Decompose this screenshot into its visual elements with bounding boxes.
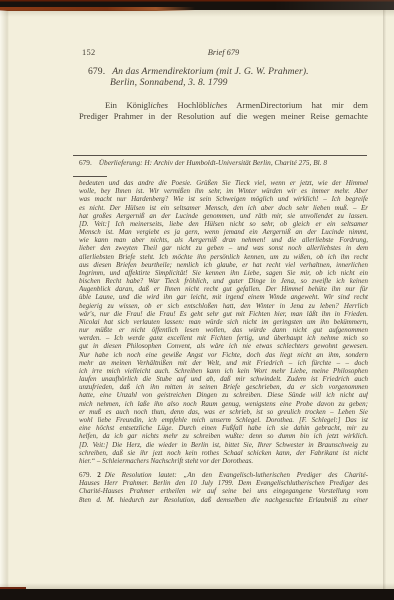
note-text: Die Resolution lautet: „An den Evangelis… bbox=[105, 471, 368, 479]
body-text-part: ArmenDirectorium hat mir dem bbox=[227, 100, 368, 110]
expanded-abbreviation: iches bbox=[210, 100, 228, 110]
continuation-line: werden. – Ich werde ganz excellent mit F… bbox=[79, 334, 368, 342]
continuation-line: hat großes Aergerniß an der Lucinde geno… bbox=[79, 212, 368, 220]
scan-top-border-shading bbox=[274, 0, 394, 10]
continuation-line: allerliebsten Briefe steht. Ich möchte i… bbox=[79, 253, 368, 261]
letter-body-line2: Prediger Prahmer in der Resolution auf d… bbox=[79, 111, 368, 122]
continuation-line: es nicht. Der Hülsen ist ein seltsamer M… bbox=[79, 204, 368, 212]
letter-title: An das Armendirektorium (mit J. G. W. Pr… bbox=[112, 66, 308, 77]
scan-bottom-border bbox=[0, 589, 394, 600]
continuation-line: Ingrimm, und affektirte Simplicität! Sie… bbox=[79, 269, 368, 277]
editorial-note: 679.2Die Resolution lautet: „An den Evan… bbox=[79, 471, 368, 504]
continuation-line: gut in diesen Philosophen Convent, als w… bbox=[79, 342, 368, 350]
continuation-line: bedeuten und das andre die Poesie. Grüße… bbox=[79, 179, 368, 187]
book-page-scan: 152 Brief 679 679.An das Armendirektoriu… bbox=[0, 0, 394, 600]
continuation-line: [D. Veit:] Ich meinerseits, liebe den Hü… bbox=[79, 220, 368, 228]
letter-dateline: Berlin, Sonnabend, 3. 8. 1799 bbox=[110, 77, 370, 88]
continuation-line: bischen Recht habe? War Tieck fröhlich, … bbox=[79, 277, 368, 285]
ueberlieferung-text: Überlieferung: H: Archiv der Humboldt-Un… bbox=[99, 158, 327, 167]
note-letter-number: 679. bbox=[79, 471, 91, 479]
apparatus-letter-number: 679. bbox=[79, 158, 92, 167]
continuation-line: Mensch ist. Man vergiebt es ja gern, wen… bbox=[79, 228, 368, 236]
continuation-line: wie kann man aber nichts, als Aergerniß … bbox=[79, 236, 368, 244]
page-right-crease bbox=[383, 10, 386, 589]
continuation-line: ich irre mich vielleicht auch. Schreiben… bbox=[79, 367, 368, 375]
continuation-line: laufen unaufhörlich die Stube auf und ab… bbox=[79, 375, 368, 383]
continuation-line: [D. Veit:] Die Herz, die wieder in Berli… bbox=[79, 441, 368, 449]
continuation-line: unzufrieden, daß ich ihn mitten in seine… bbox=[79, 383, 368, 391]
page-left-edge bbox=[0, 10, 9, 589]
letter-heading-line1: 679.An das Armendirektorium (mit J. G. W… bbox=[88, 66, 370, 77]
note-line: 8ten d. M. hiedurch zur Resolution, daß … bbox=[79, 496, 368, 504]
apparatus-rule bbox=[73, 155, 367, 156]
continuation-line: schreiben, daß sie ihr jezt noch kein ro… bbox=[79, 449, 368, 457]
page-number: 152 bbox=[82, 48, 95, 57]
body-text-part: Ein Königl bbox=[105, 100, 150, 110]
note-line: 679.2Die Resolution lautet: „An den Evan… bbox=[79, 471, 368, 479]
continuation-line: Nur habe ich noch eine gewiße Angst vor … bbox=[79, 351, 368, 359]
running-head: 152 Brief 679 bbox=[79, 48, 368, 57]
body-text-part: Hochlöbl bbox=[168, 100, 210, 110]
letter-heading: 679.An das Armendirektorium (mit J. G. W… bbox=[88, 66, 370, 89]
continuation-rule bbox=[73, 176, 107, 177]
continuation-line: hatte, eine Unzahl von geistreichen Ding… bbox=[79, 391, 368, 399]
ueberlieferung-line: 679.Überlieferung: H: Archiv der Humbold… bbox=[79, 159, 368, 168]
continuation-line: er muß es auch noch thun, denn das, was … bbox=[79, 408, 368, 416]
continuation-line: aus diesen Briefen beurtheile; nemlich i… bbox=[79, 261, 368, 269]
letter-number: 679. bbox=[88, 66, 105, 77]
note-line: Hauses Herr Prahmer. Berlin den 10 July … bbox=[79, 479, 368, 487]
continuation-line: hier.“ – Schleiermachers Nachschrift ste… bbox=[79, 457, 368, 465]
letter-continuation-block: bedeuten und das andre die Poesie. Grüße… bbox=[79, 179, 368, 465]
continuation-line: eine höchst entsetzliche Lüge. Durch ein… bbox=[79, 424, 368, 432]
continuation-line: üble Laune, und die wird ihn gar leicht,… bbox=[79, 293, 368, 301]
page-top-shadow bbox=[0, 10, 394, 17]
note-line: Charité-Hauses Prahmer ertheilen wir auf… bbox=[79, 487, 368, 495]
continuation-line: lieber den zweyten Theil gar nicht zu ge… bbox=[79, 244, 368, 252]
continuation-line: nur müßte er nicht öffentlich lesen woll… bbox=[79, 326, 368, 334]
continuation-line: Nicolai hat sich verlauten lassen: man w… bbox=[79, 318, 368, 326]
expanded-abbreviation: iches bbox=[150, 100, 168, 110]
continuation-line: mich nehmen, ich laße ihn also noch Raum… bbox=[79, 400, 368, 408]
letter-body-line1: Ein Königliches Hochlöbliches ArmenDirec… bbox=[79, 100, 368, 111]
note-line-ref: 2 bbox=[97, 471, 101, 479]
continuation-line: wär's, nur die Frau! die Frau! Es geht s… bbox=[79, 310, 368, 318]
continuation-line: begierig zu wissen, ob er sich entschloß… bbox=[79, 302, 368, 310]
continuation-line: Augenblick daran, daß er Ihnen nicht rec… bbox=[79, 285, 368, 293]
continuation-line: wohl liebe Freundin, ich empfehle mich u… bbox=[79, 416, 368, 424]
continuation-line: was macht nur Hardenberg? Wie ist sein S… bbox=[79, 195, 368, 203]
letter-body: Ein Königliches Hochlöbliches ArmenDirec… bbox=[79, 100, 368, 122]
continuation-line: helfen, da ich gar nichts mehr zu schrei… bbox=[79, 432, 368, 440]
running-title: Brief 679 bbox=[79, 48, 368, 57]
continuation-line: wolle, bey Ihnen ist. Wir vermißen ihn s… bbox=[79, 187, 368, 195]
continuation-line: mehr an meinen Verhältnißen mit der Welt… bbox=[79, 359, 368, 367]
